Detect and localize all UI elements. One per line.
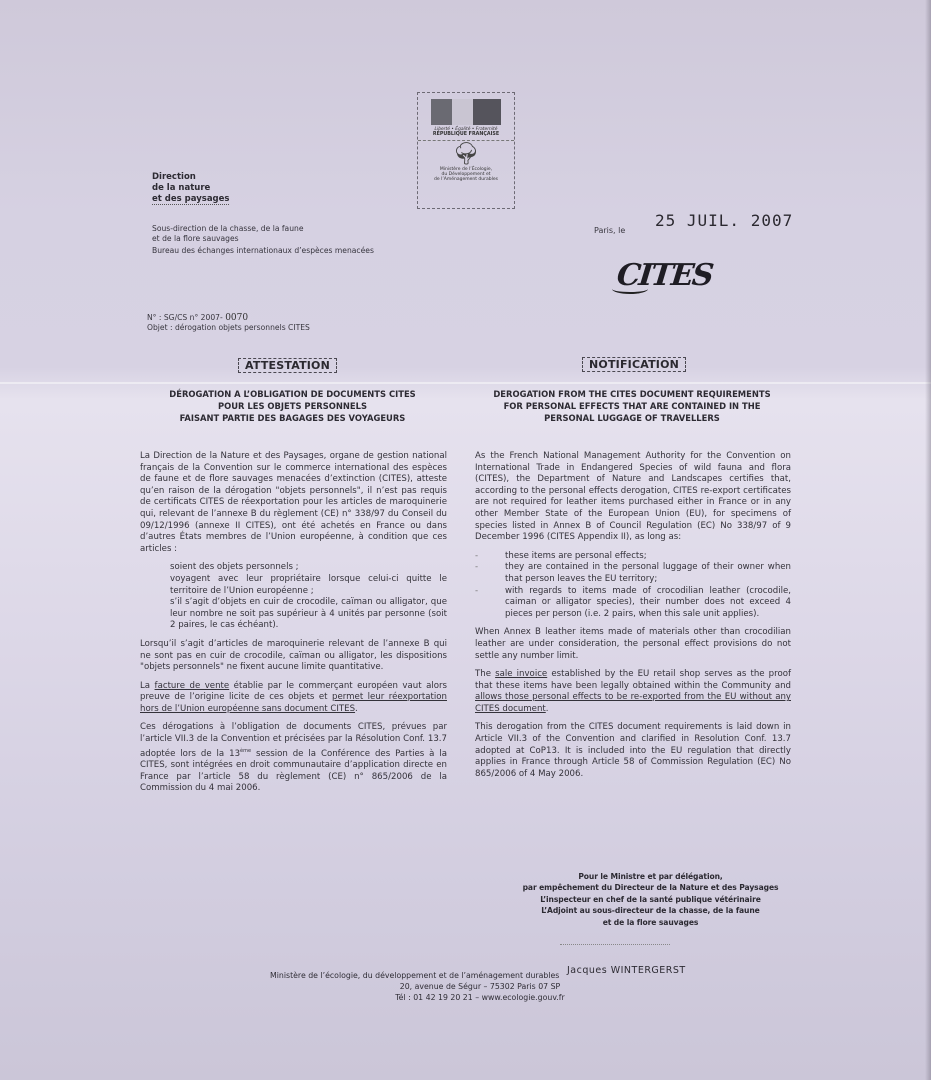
direction-line: et des paysages — [152, 194, 229, 205]
reference-block: N° : SG/CS n° 2007- 0070 Objet : dérogat… — [147, 313, 310, 333]
condition-item: voyagent avec leur propriétaire lorsque … — [140, 574, 447, 597]
english-heading: DEROGATION FROM THE CITES DOCUMENT REQUI… — [472, 388, 792, 424]
french-intro: La Direction de la Nature et des Paysage… — [140, 451, 447, 555]
attestation-title: ATTESTATION — [238, 358, 337, 373]
condition-item: s’il s’agit d’objets en cuir de crocodil… — [140, 597, 447, 632]
underlined-text: allows those personal effects to be re-e… — [475, 692, 791, 714]
french-body: La Direction de la Nature et des Paysage… — [140, 451, 447, 802]
subdirection-line: et de la flore sauvages — [152, 234, 374, 244]
english-conditions: these items are personal effects; they a… — [475, 551, 791, 621]
english-para-legal: This derogation from the CITES document … — [475, 722, 791, 780]
republic-ministry-logo: Liberté • Égalité • Fraternité RÉPUBLIQU… — [417, 92, 515, 209]
signature-line: et de la flore sauvages — [498, 917, 803, 928]
signature-line: L’inspecteur en chef de la santé publiqu… — [498, 894, 803, 905]
heading-line: FAISANT PARTIE DES BAGAGES DES VOYAGEURS — [140, 412, 445, 424]
heading-line: DÉROGATION A L’OBLIGATION DE DOCUMENTS C… — [140, 388, 445, 400]
heading-line: POUR LES OBJETS PERSONNELS — [140, 400, 445, 412]
english-para-quantity: When Annex B leather items made of mater… — [475, 627, 791, 662]
signature-stamp: Pour le Ministre et par délégation, par … — [498, 871, 803, 928]
reference-number: N° : SG/CS n° 2007- — [147, 313, 223, 322]
republic-label: RÉPUBLIQUE FRANÇAISE — [418, 132, 514, 141]
direction-name: Direction de la nature et des paysages — [152, 172, 229, 205]
marianne-flag-icon — [431, 99, 501, 125]
subdirection-line: Sous-direction de la chasse, de la faune — [152, 224, 374, 234]
french-para-invoice: La facture de vente établie par le comme… — [140, 681, 447, 716]
place-label: Paris, le — [594, 226, 625, 235]
heading-line: DEROGATION FROM THE CITES DOCUMENT REQUI… — [472, 388, 792, 400]
french-para-legal: Ces dérogations à l’obligation de docume… — [140, 722, 447, 794]
superscript: ème — [240, 748, 251, 754]
subdirection: Sous-direction de la chasse, de la faune… — [152, 224, 374, 256]
underlined-text: facture de vente — [155, 681, 230, 691]
subject-line: Objet : dérogation objets personnels CIT… — [147, 323, 310, 333]
signature-line: L’Adjoint au sous-directeur de la chasse… — [498, 905, 803, 916]
french-heading: DÉROGATION A L’OBLIGATION DE DOCUMENTS C… — [140, 388, 445, 424]
ministry-line: de l’Aménagement durables — [418, 177, 514, 182]
signature-line: par empêchement du Directeur de la Natur… — [498, 882, 803, 893]
english-body: As the French National Management Author… — [475, 451, 791, 787]
english-para-invoice: The sale invoice established by the EU r… — [475, 669, 791, 715]
condition-item: with regards to items made of crocodilia… — [475, 586, 791, 621]
underlined-text: sale invoice — [495, 669, 547, 679]
ministry-logo-text: Ministère de l’Écologie, du Développemen… — [418, 167, 514, 182]
footer-contact: Tél : 01 42 19 20 21 – www.ecologie.gouv… — [270, 992, 690, 1003]
signer-name: Jacques WINTERGERST — [567, 965, 686, 976]
tree-icon: 🌳︎ — [418, 143, 514, 167]
text: The — [475, 669, 495, 679]
condition-item: these items are personal effects; — [475, 551, 791, 563]
condition-item: they are contained in the personal lugga… — [475, 562, 791, 585]
french-conditions: soient des objets personnels ; voyagent … — [140, 562, 447, 632]
text: . — [355, 704, 358, 714]
heading-line: PERSONAL LUGGAGE OF TRAVELLERS — [472, 412, 792, 424]
signature-line: Pour le Ministre et par délégation, — [498, 871, 803, 882]
paper-edge — [925, 0, 931, 1080]
footer-address: 20, avenue de Ségur – 75302 Paris 07 SP — [270, 981, 690, 992]
french-para-quantity: Lorsqu’il s’agit d’articles de maroquine… — [140, 639, 447, 674]
direction-line: de la nature — [152, 183, 229, 194]
date-stamp: 25 JUIL. 2007 — [655, 211, 793, 230]
text: . — [546, 704, 549, 714]
heading-line: FOR PERSONAL EFFECTS THAT ARE CONTAINED … — [472, 400, 792, 412]
handwritten-signature — [560, 930, 670, 945]
bureau-name: Bureau des échanges internationaux d’esp… — [152, 246, 374, 256]
condition-item: soient des objets personnels ; — [140, 562, 447, 574]
notification-title: NOTIFICATION — [582, 357, 686, 372]
direction-line: Direction — [152, 172, 229, 183]
english-intro: As the French National Management Author… — [475, 451, 791, 544]
text: La — [140, 681, 155, 691]
handwritten-number: 0070 — [225, 313, 248, 323]
cites-swoosh-icon — [612, 284, 648, 294]
paper-fold-line — [0, 382, 931, 384]
